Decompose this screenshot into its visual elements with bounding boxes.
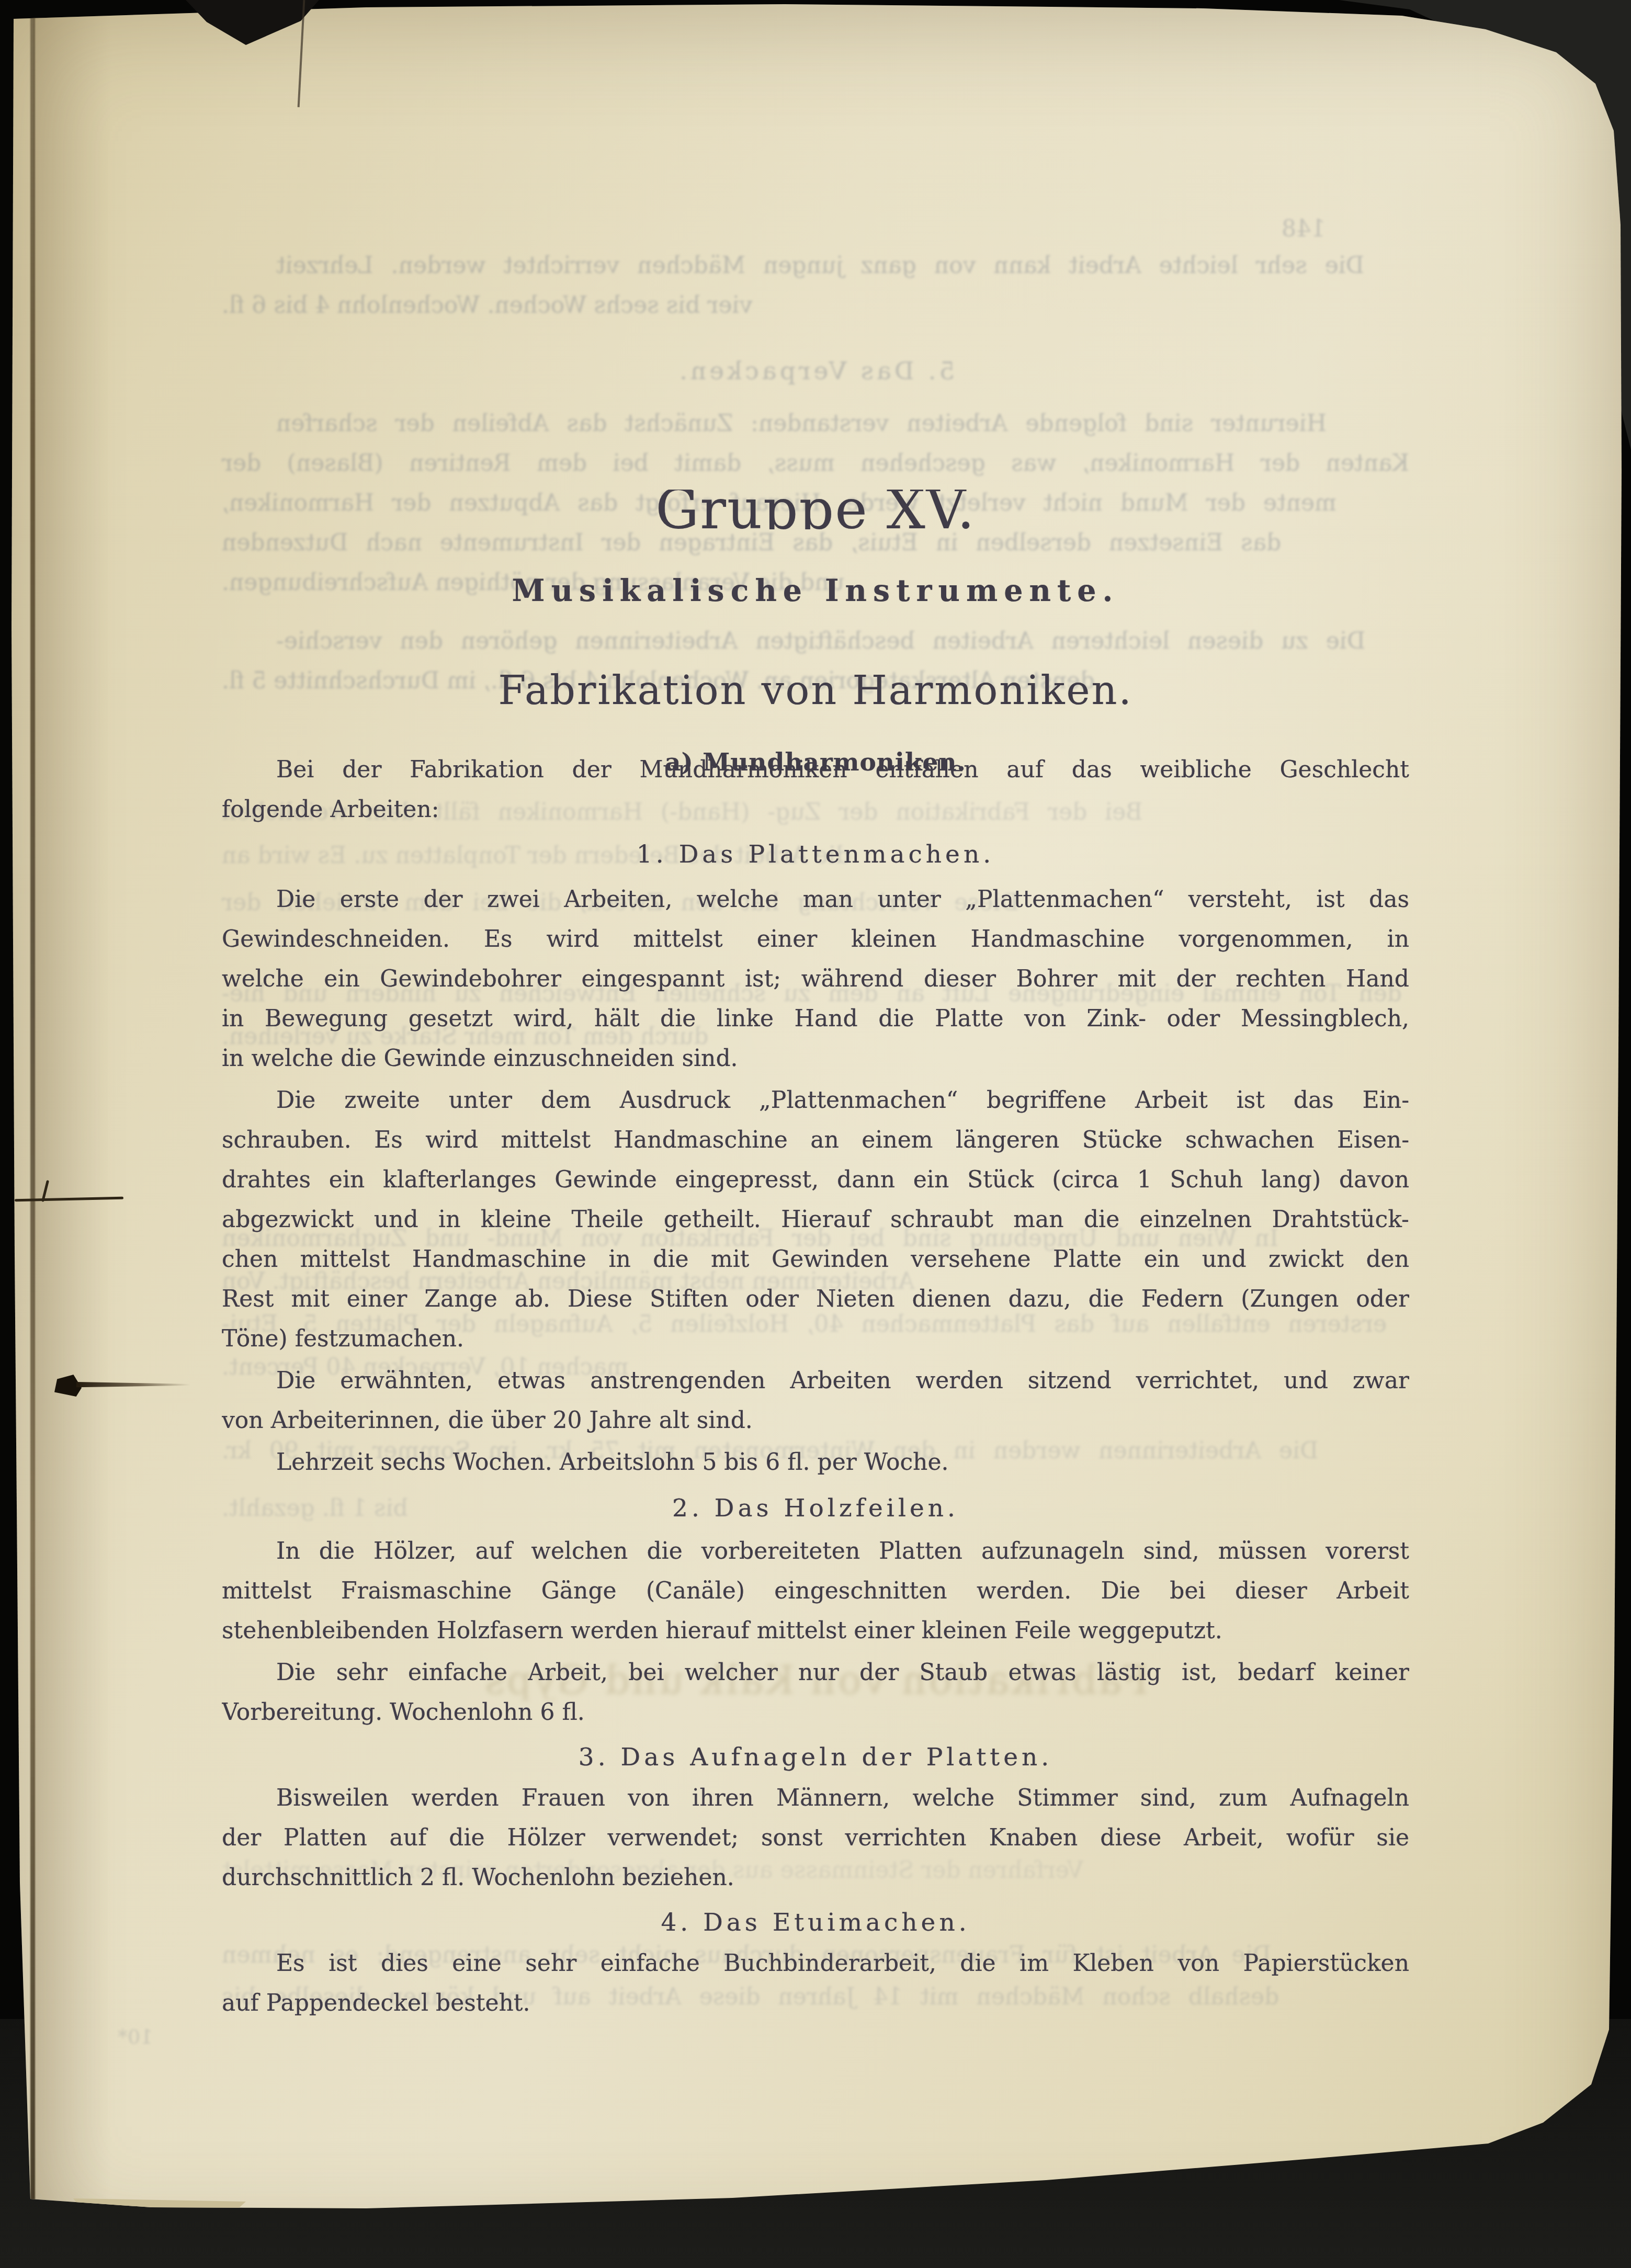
text-line: folgende Arbeiten: <box>222 790 1409 830</box>
holzfeilen-paragraph-2: Die sehr einfache Arbeit, bei welcher nu… <box>222 1653 1409 1732</box>
group-subtitle-text: Musikalische Instrumente. <box>222 571 1409 611</box>
ghost-text-line: Die zu diesen leichteren Arbeiten beschä… <box>222 621 1409 661</box>
text-line: Es ist dies eine sehr einfache Buchbinde… <box>222 1944 1409 1983</box>
text-line: Lehrzeit sechs Wochen. Arbeitslohn 5 bis… <box>222 1443 1409 1482</box>
heading-aufnageln: 3. Das Aufnageln der Platten. <box>222 1738 1409 1777</box>
ghost-text-line: Kanten der Harmoniken, was geschehen mus… <box>222 444 1409 483</box>
text-line: in Bewegung gesetzt wird, hält die linke… <box>222 999 1409 1039</box>
ghost-top-paragraph: Die sehr leichte Arbeit kann von ganz ju… <box>222 246 1409 325</box>
text-line: stehenbleibenden Holzfasern werden hiera… <box>222 1611 1409 1651</box>
group-title: Gruppe XV. <box>222 490 1409 529</box>
plattenmachen-paragraph-2: Die zweite unter dem Ausdruck „Plattenma… <box>222 1081 1409 1359</box>
text-line: welche ein Gewindebohrer eingespannt ist… <box>222 959 1409 999</box>
heading-holzfeilen: 2. Das Holzfeilen. <box>222 1489 1409 1528</box>
ghost-verpacken-heading: 5. Das Verpacken. <box>222 351 1409 391</box>
group-subtitle: Musikalische Instrumente. <box>222 571 1409 611</box>
ghost-signature-mark: 10* <box>118 2017 222 2057</box>
gutter-shading <box>33 0 112 2268</box>
text-line: Die sehr einfache Arbeit, bei welcher nu… <box>222 1653 1409 1693</box>
etuimachen-paragraph-1: Es ist dies eine sehr einfache Buchbinde… <box>222 1944 1409 2023</box>
heading-text: 1. Das Plattenmachen. <box>222 835 1409 875</box>
holzfeilen-paragraph-1: In die Hölzer, auf welchen die vorbereit… <box>222 1532 1409 1651</box>
ghost-text-line: vier bis sechs Wochen. Wochenlohn 4 bis … <box>222 286 1409 325</box>
plattenmachen-paragraph-3: Die erwähnten, etwas anstrengenden Arbei… <box>222 1361 1409 1441</box>
book-page: 148 Die sehr leichte Arbeit kann von gan… <box>0 0 1631 2268</box>
ghost-text-line: Die sehr leichte Arbeit kann von ganz ju… <box>222 246 1409 286</box>
text-line: Die zweite unter dem Ausdruck „Plattenma… <box>222 1081 1409 1120</box>
text-line: drahtes ein klafterlanges Gewinde eingep… <box>222 1160 1409 1200</box>
text-line: Töne) festzumachen. <box>222 1319 1409 1359</box>
ghost-text-line: 5. Das Verpacken. <box>222 351 1409 391</box>
text-line: Vorbereitung. Wochenlohn 6 fl. <box>222 1693 1409 1732</box>
gutter-crease-line <box>30 9 35 2201</box>
section-title: Fabrikation von Harmoniken. <box>222 671 1409 710</box>
text-line: Bisweilen werden Frauen von ihren Männer… <box>222 1778 1409 1818</box>
text-line: durchschnittlich 2 fl. Wochenlohn bezieh… <box>222 1858 1409 1898</box>
text-line: von Arbeiterinnen, die über 20 Jahre alt… <box>222 1401 1409 1441</box>
group-title-text: Gruppe XV. <box>222 490 1409 529</box>
text-line: der Platten auf die Hölzer verwendet; so… <box>222 1818 1409 1858</box>
heading-text: 3. Das Aufnageln der Platten. <box>222 1738 1409 1777</box>
heading-etuimachen: 4. Das Etuimachen. <box>222 1903 1409 1943</box>
heading-text: 4. Das Etuimachen. <box>222 1903 1409 1943</box>
text-line: in welche die Gewinde einzuschneiden sin… <box>222 1039 1409 1079</box>
ghost-text-line: Hierunter sind folgende Arbeiten verstan… <box>222 404 1409 444</box>
text-line: auf Pappendeckel besteht. <box>222 1983 1409 2023</box>
aufnageln-paragraph-1: Bisweilen werden Frauen von ihren Männer… <box>222 1778 1409 1898</box>
intro-paragraph: Bei der Fabrikation der Mundharmoniken e… <box>222 750 1409 830</box>
plattenmachen-wage-line: Lehrzeit sechs Wochen. Arbeitslohn 5 bis… <box>222 1443 1409 1482</box>
heading-text: 2. Das Holzfeilen. <box>222 1489 1409 1528</box>
ghost-text-line: 10* <box>118 2017 222 2057</box>
text-line: Bei der Fabrikation der Mundharmoniken e… <box>222 750 1409 790</box>
text-line: schrauben. Es wird mittelst Handmaschine… <box>222 1120 1409 1160</box>
text-line: Die erste der zwei Arbeiten, welche man … <box>222 880 1409 920</box>
text-line: chen mittelst Handmaschine in die mit Ge… <box>222 1240 1409 1279</box>
text-line: abgezwickt und in kleine Theile getheilt… <box>222 1200 1409 1240</box>
text-line: mittelst Fraismaschine Gänge (Canäle) ei… <box>222 1571 1409 1611</box>
text-line: In die Hölzer, auf welchen die vorbereit… <box>222 1532 1409 1571</box>
text-line: Die erwähnten, etwas anstrengenden Arbei… <box>222 1361 1409 1401</box>
scanned-page: 148 Die sehr leichte Arbeit kann von gan… <box>0 0 1631 2268</box>
text-line: Gewindeschneiden. Es wird mittelst einer… <box>222 920 1409 959</box>
heading-plattenmachen: 1. Das Plattenmachen. <box>222 835 1409 875</box>
text-line: Rest mit einer Zange ab. Diese Stiften o… <box>222 1279 1409 1319</box>
section-title-text: Fabrikation von Harmoniken. <box>222 671 1409 710</box>
ghost-text-line: 148 <box>1282 209 1397 249</box>
plattenmachen-paragraph-1: Die erste der zwei Arbeiten, welche man … <box>222 880 1409 1079</box>
ghost-page-number: 148 <box>1282 209 1397 249</box>
